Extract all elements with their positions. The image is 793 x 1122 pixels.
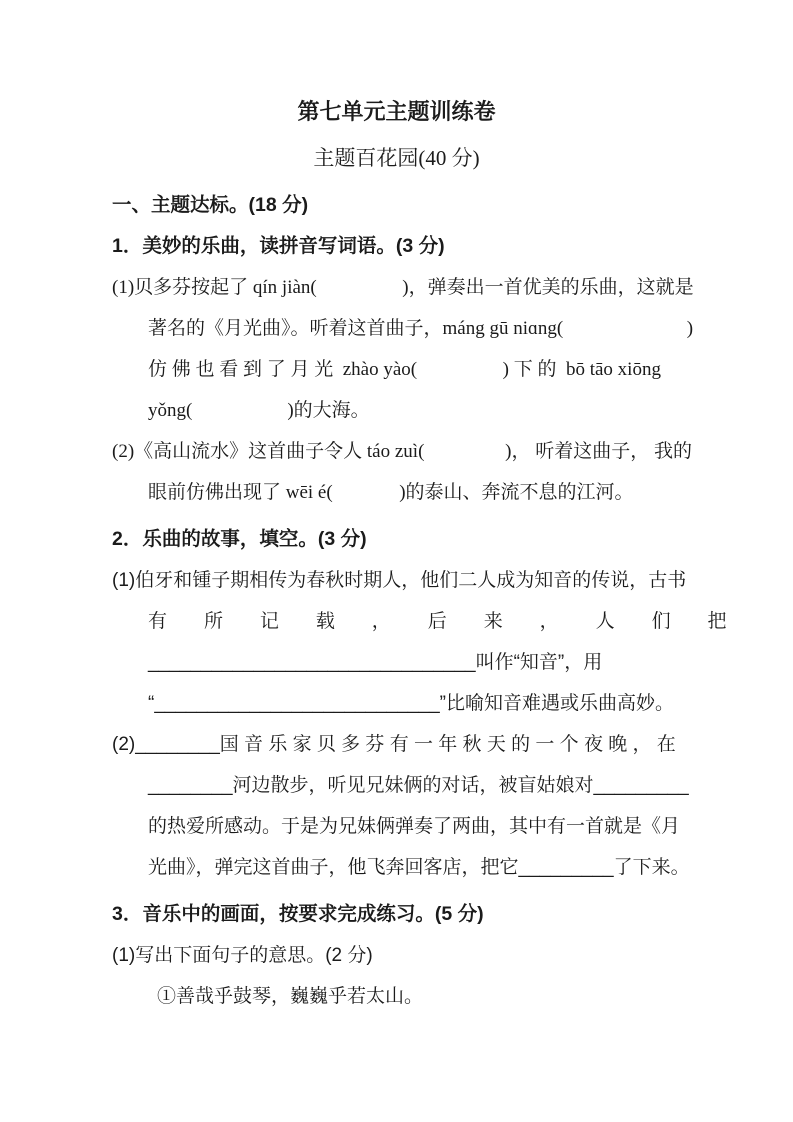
q2-part1-line-3: _______________________________叫作“知音”，用 bbox=[112, 642, 757, 683]
q1-part1-line-2: 著名的《月光曲》。听着这首曲子，máng gū niɑng( ) bbox=[112, 308, 757, 349]
q2-heading: 2．乐曲的故事，填空。(3 分) bbox=[112, 519, 757, 560]
q2-part2-line-3: 的热爱所感动。于是为兄妹俩弹奏了两曲，其中有一首就是《月 bbox=[112, 806, 757, 847]
q2-part2-line-4: 光曲》，弹完这首曲子，他飞奔回客店，把它_________了下来。 bbox=[112, 847, 757, 888]
q1-part2-line-1: (2)《高山流水》这首曲子令人 táo zuì( )， 听着这曲子， 我的 bbox=[112, 431, 757, 472]
q1-part1-line-4: yǒng( )的大海。 bbox=[112, 390, 757, 431]
section-1-heading: 一、主题达标。(18 分) bbox=[112, 185, 757, 226]
q2-part1-line-4: “___________________________”比喻知音难遇或乐曲高妙… bbox=[112, 683, 757, 724]
q1-heading: 1．美妙的乐曲，读拼音写词语。(3 分) bbox=[112, 226, 757, 267]
q1-part1-line-1: (1)贝多芬按起了 qín jiàn( )，弹奏出一首优美的乐曲，这就是 bbox=[112, 267, 757, 308]
q2-part2-line-2: ________河边散步，听见兄妹俩的对话，被盲姑娘对_________ bbox=[112, 765, 757, 806]
worksheet-page: 第七单元主题训练卷 主题百花园(40 分) 一、主题达标。(18 分) 1．美妙… bbox=[0, 0, 793, 1122]
q2-part1-line-1: (1)伯牙和锺子期相传为春秋时期人，他们二人成为知音的传说，古书 bbox=[112, 560, 757, 601]
q2-part2-line-1: (2)________国 音 乐 家 贝 多 芬 有 一 年 秋 天 的 一 个… bbox=[112, 724, 757, 765]
q1-part1-line-3: 仿 佛 也 看 到 了 月 光 zhào yào( ) 下 的 bō tāo x… bbox=[112, 349, 757, 390]
q3-part1-heading: (1)写出下面句子的意思。(2 分) bbox=[112, 935, 757, 976]
section-banner: 主题百花园(40 分) bbox=[0, 143, 793, 173]
page-title: 第七单元主题训练卷 bbox=[0, 0, 793, 127]
q3-sub-item-1: ①善哉乎鼓琴，巍巍乎若太山。 bbox=[112, 976, 757, 1017]
q1-part2-line-2: 眼前仿佛出现了 wēi é( )的泰山、奔流不息的江河。 bbox=[112, 472, 757, 513]
q3-heading: 3．音乐中的画面，按要求完成练习。(5 分) bbox=[112, 894, 757, 935]
worksheet-body: 一、主题达标。(18 分) 1．美妙的乐曲，读拼音写词语。(3 分) (1)贝多… bbox=[0, 185, 793, 1017]
q2-part1-line-2: 有 所 记 载 ， 后 来 ， 人 们 把 bbox=[112, 601, 757, 642]
